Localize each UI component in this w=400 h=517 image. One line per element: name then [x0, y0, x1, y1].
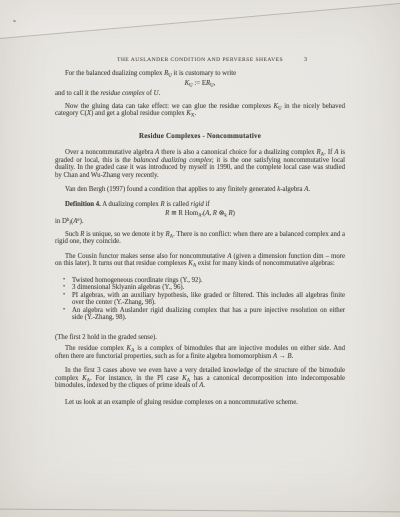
bullet-text-twisted-rings: Twisted homogeneous coordinate rings (Y.…: [72, 277, 345, 285]
display-formula-ku: KU := ERU,: [55, 80, 345, 88]
bullet-text-pi-algebras: PI algebras, with an auxiliary hypothesi…: [72, 292, 345, 307]
paragraph-residue-complex-of-u: and to call it the residue complex of U.: [55, 90, 345, 98]
bullet-marker: •: [63, 307, 72, 322]
definition-4: Definition 4. A dualizing complex R is c…: [55, 201, 345, 209]
bullet-text-auslander-rigid: An algebra with Auslander rigid dualizin…: [72, 307, 345, 322]
bullet-text-sklyanin: 3 dimensional Sklyanin algebras (Y., 96)…: [72, 284, 345, 292]
bullet-marker: •: [63, 277, 72, 285]
paragraph-cousin-functor: The Cousin functor makes sense also for …: [55, 253, 345, 268]
display-formula-rigid: R ≅ R HomAᵉ(A, R ⊗k R): [55, 210, 345, 218]
scan-page-bottom-edge: [0, 509, 400, 513]
bullet-marker: •: [63, 292, 72, 307]
bullet-item: • An algebra with Auslander rigid dualiz…: [63, 307, 345, 322]
page-number: 3: [304, 57, 307, 63]
paragraph-structure-knowledge: In the first 3 cases above we even have …: [55, 367, 345, 390]
paragraph-noncommutative-algebra: Over a noncommutative algebra A there is…: [55, 149, 345, 179]
paragraph-van-den-bergh: Van den Bergh (1997) found a condition t…: [55, 186, 345, 194]
bullet-list: • Twisted homogeneous coordinate rings (…: [55, 277, 345, 322]
running-head-title: THE AUSLANDER CONDITION AND PERVERSE SHE…: [55, 57, 345, 63]
bullet-item: • PI algebras, with an auxiliary hypothe…: [63, 292, 345, 307]
paragraph-uniqueness: Such R is unique, so we denote it by RA.…: [55, 231, 345, 246]
paragraph-graded-sense-note: (The first 2 hold in the graded sense).: [55, 334, 345, 342]
paragraph-bimodules: The residue complex KA is a complex of b…: [55, 345, 345, 360]
bullet-item: • 3 dimensional Sklyanin algebras (Y., 9…: [63, 284, 345, 292]
scan-page-top-edge: [0, 0, 400, 42]
bullet-item: • Twisted homogeneous coordinate rings (…: [63, 277, 345, 285]
paragraph-example-teaser: Let us look at an example of gluing resi…: [55, 399, 345, 407]
paragraph-derived-category: in Dbf(Ae).: [55, 218, 345, 226]
paragraph-gluing-data: Now the gluing data can take effect: we …: [55, 103, 345, 118]
paragraph-balanced-dualizing: For the balanced dualizing complex RU it…: [55, 70, 345, 78]
bullet-marker: •: [63, 284, 72, 292]
scanned-page: THE AUSLANDER CONDITION AND PERVERSE SHE…: [0, 0, 400, 517]
text-column: For the balanced dualizing complex RU it…: [55, 70, 345, 406]
section-heading: Residue Complexes - Noncommutative: [55, 133, 345, 141]
